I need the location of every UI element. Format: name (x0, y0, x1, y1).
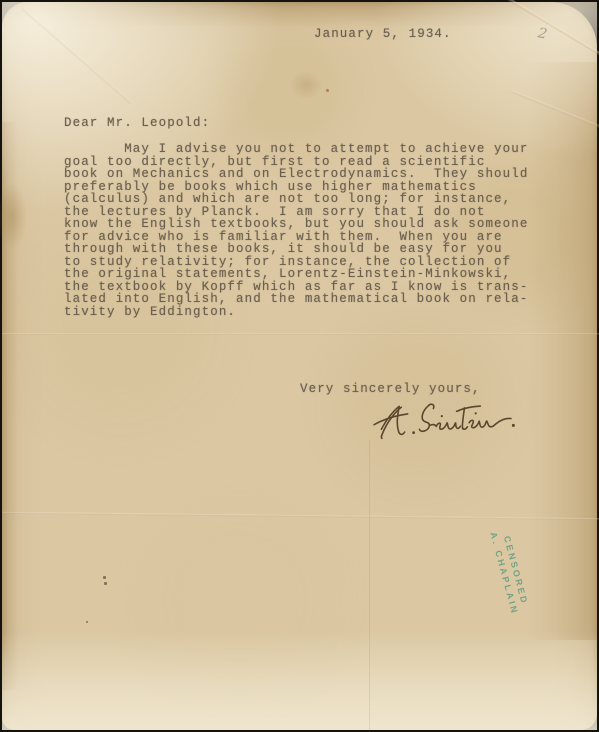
ink-speck (86, 621, 88, 623)
crease-line (2, 512, 599, 520)
letter-closing: Very sincerely yours, (300, 383, 481, 396)
letter-salutation: Dear Mr. Leopold: (64, 117, 210, 130)
paper-stain (282, 64, 330, 106)
letter-paper: January 5, 1934. Dear Mr. Leopold: May I… (2, 2, 597, 730)
top-right-light-corner (367, 2, 597, 162)
signature-ink (371, 395, 518, 445)
crease-line (2, 333, 599, 335)
ink-speck (103, 576, 106, 579)
letter-date: January 5, 1934. (314, 28, 452, 41)
bottom-light-strip (2, 630, 597, 730)
letter-body: May I advise you not to attempt to achie… (64, 143, 528, 318)
scanned-letter: January 5, 1934. Dear Mr. Leopold: May I… (0, 0, 599, 732)
signature: A. Einstein. (371, 395, 518, 445)
red-speck (326, 89, 329, 92)
